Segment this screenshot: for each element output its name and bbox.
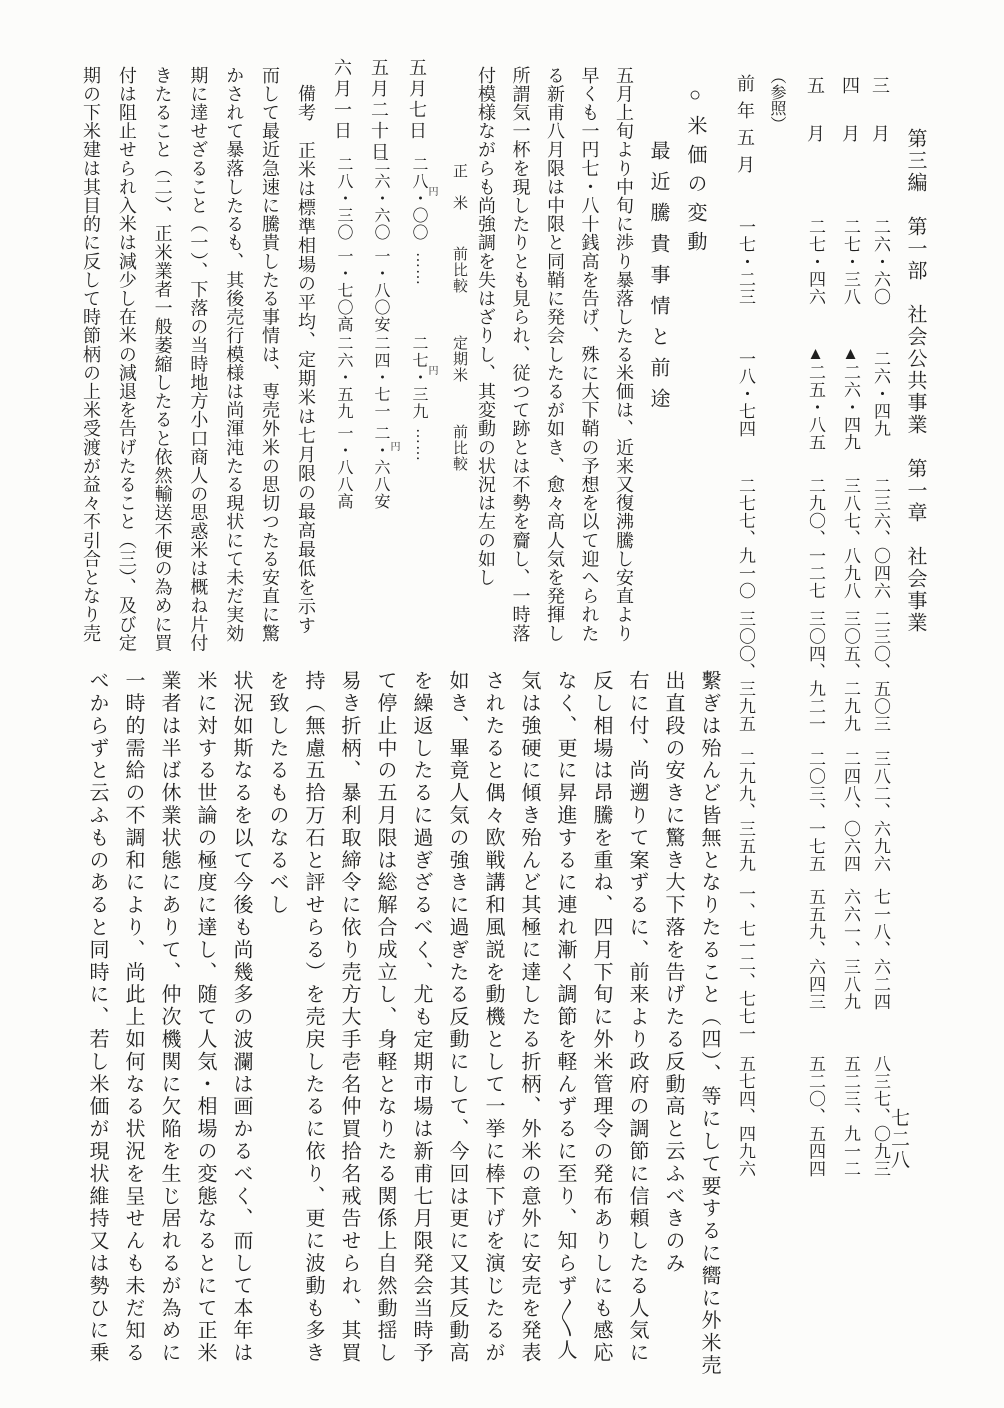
price-value: 二六・五九 [332,335,355,420]
stats-cell: 五二〇、五四四 [803,1055,828,1178]
price-value: 一・八八高 [332,425,355,510]
stats-cell: ▲二五・八五 [803,344,828,451]
stats-cell: 五二三、九一二 [838,1055,863,1178]
text-line: 一時的需給の不調和により、尚此上如何なる状況を呈せんも未だ知る [115,670,151,1382]
stats-row-label: 前年五月 [732,74,758,182]
price-date: 六月一日 [329,58,355,142]
text-line: 付模様ながらも尚強調を失はざりし、其変動の状況は左の如し [469,66,504,648]
text-line: 付は阻止せられ入米は減少し在米の減退を告げたること（三）、及び定 [108,66,144,648]
stats-cell: 二四八、〇六四 [838,750,863,873]
stats-row-label: 四 月 [837,76,863,148]
text-line: 米に対する世論の極度に達し、随て人気・相場の変態なるとにて正米 [187,670,223,1382]
text-line: 早くも一円七・八十銭高を告げ、殊に大下鞘の予想を以て迎へられた [572,66,607,648]
stats-row-label: 三 月 [867,76,893,148]
chapter-header: 第三編 第一部 社会公共事業 第一章 社会事業 [901,128,930,634]
stats-cell: 三〇五、二九九 [838,610,863,733]
price-value: 二八・〇〇 [407,156,430,241]
article-subtitle: 最近騰貴事情と前途 [644,140,673,419]
stats-cell: 一、七一二、七七一 [733,885,758,1043]
text-line: を致したるものなるべし [259,670,295,1382]
stats-cell: 二六・六〇 [868,218,893,306]
stats-cell: 三〇〇、三九五 [733,610,758,733]
price-value: 二八・三〇 [332,156,355,241]
price-date: 五月二十日 [366,58,392,163]
text-line: 期に達せざること（一）、下落の当時地方小口商人の思惑米は概ね片付 [180,66,216,648]
stats-row-march: 三 月 二六・六〇 二六・四九 二三六、〇四六 二三〇、五〇三 三八二、六九六 … [869,0,893,1408]
text-line: なく、更に昇進するに連れ漸く調節を軽んずるに至り、知らず〱人 [547,670,583,1382]
price-value: …… [412,428,430,462]
text-line: 如き、畢竟人気の強きに過ぎたる反動にして、今回は更に又其反動高 [439,670,475,1382]
price-value: …… [412,252,430,286]
scanned-book-page: 第三編 第一部 社会公共事業 第一章 社会事業 七二八 三 月 二六・六〇 二六… [0,0,1004,1408]
text-line: て停止中の五月限は総解合成立し、身軽となりたる関係上自然動揺し [367,670,403,1382]
text-line: 而して最近急速に騰貴したる事情は、専売外米の思切つたる安直に驚 [251,66,287,648]
text-line: 五月上旬より中旬に渉り暴落したる米価は、近来又復沸騰し安直より [607,66,642,648]
price-header: 正 米 [449,163,470,211]
yen-unit: 円 [386,441,401,451]
text-line: る新甫八月限は中限と同鞘に発会したるが如き、愈々高人気を発揮し [538,66,573,648]
price-header: 前比較 [449,424,470,472]
reference-note: （参照） [765,68,788,132]
text-line: かされて暴落したるも、其後売行模様は尚渾沌たる現状にて未だ実効 [215,66,251,648]
price-value: 二・六八安 [369,425,392,510]
stats-cell: 二七・四六 [803,218,828,306]
stats-cell: 八三七、〇九三 [868,1055,893,1178]
text-line: されたると偶々欧戦講和風説を動機として一挙に棒下げを演じたるが [475,670,511,1382]
price-value: 一・八〇安 [369,248,392,333]
stats-cell: 二九九、三五九 [733,750,758,873]
stats-row-april: 四 月 二七・三八 ▲二六・四九 三八七、八九八 三〇五、二九九 二四八、〇六四… [839,0,863,1408]
text-line: 反し相場は昂騰を重ね、四月下旬に外米管理令の発布ありしにも感応 [583,670,619,1382]
yen-unit: 円 [424,365,439,375]
stats-cell: 二七・三八 [838,218,863,306]
stats-cell: 三八二、六九六 [868,750,893,873]
price-header: 定期米 [449,335,470,383]
text-line: 業者は半ば休業状態にありて、仲次機関に欠陥を生じ居れるが為めに [151,670,187,1382]
text-line: 気は強硬に傾き殆んど其極に達したる折柄、外米の意外に安売を発表 [511,670,547,1382]
price-value: 二六・六〇 [369,156,392,241]
stats-cell: 五五九、六四三 [803,888,828,1011]
stats-cell: 一七・二三 [733,218,758,306]
stats-row-prev-may: 前年五月 一七・二三 一八・七四 二七七、九一〇 三〇〇、三九五 二九九、三五九… [734,0,758,1408]
price-value: 二七・三九 [407,335,430,420]
yen-unit: 円 [424,186,439,196]
stats-cell: 二七七、九一〇 [733,477,758,600]
stats-cell: 二三〇、五〇三 [868,610,893,733]
stats-cell: 二九〇、一二七 [803,477,828,600]
text-line: 右に付、尚遡りて案ずるに、前来より政府の調節に信頼したる人気に [619,670,655,1382]
text-line: 繫ぎは殆んど皆無となりたること（四）、等にして要するに嚮に外米売 [691,670,727,1382]
text-line: 持（無慮五拾万石と評せらる）を売戻したるに依り、更に波動も多き [295,670,331,1382]
text-line: べからずと云ふものあると同時に、若し米価が現状維持又は勢ひに乗 [79,670,115,1382]
stats-cell: 二六・四九 [868,350,893,438]
stats-cell: ▲二六・四九 [838,344,863,451]
stats-cell: 二三六、〇四六 [868,477,893,600]
price-value: 二四・七一 [369,335,392,420]
stats-row-may: 五 月 二七・四六 ▲二五・八五 二九〇、一二七 三〇四、九二一 二〇三、一七五… [804,0,828,1408]
price-header: 前比較 [449,246,470,294]
paragraph-1: 五月上旬より中旬に渉り暴落したる米価は、近来又復沸騰し安直より 早くも一円七・八… [469,66,642,648]
stats-cell: 六六一、三八九 [838,888,863,1011]
text-line: 易き折柄、暴利取締令に依り売方大手壱名仲買拾名戒告せられ、其買 [331,670,367,1382]
price-date: 五月七日 [404,58,430,142]
stats-cell: 三八七、八九八 [838,477,863,600]
text-line: 状況如斯なるを以て今後も尚幾多の波瀾は画かるべく、而して本年は [223,670,259,1382]
stats-cell: 一八・七四 [733,350,758,438]
text-line: を繰返したるに過ぎざるべく、尤も定期市場は新甫七月限発会当時予 [403,670,439,1382]
stats-row-label: 五 月 [802,76,828,148]
text-line: きたること（二）、正米業者一般萎縮したると依然輸送不便の為めに買 [144,66,180,648]
text-line: 出直段の安きに驚き大下落を告げたる反動高と云ふべきのみ [655,670,691,1382]
stats-cell: 五七四、四九六 [733,1055,758,1178]
text-line: 所謂気一杯を現したりとも見られ、従つて跡とは不勢を齎し、一時落 [503,66,538,648]
stats-cell: 三〇四、九二一 [803,610,828,733]
paragraph-2: 而して最近急速に騰貴したる事情は、専売外米の思切つたる安直に驚 かされて暴落した… [72,66,287,648]
text-line: 期の下米建は其目的に反して時節柄の上米受渡が益々不引合となり売 [72,66,108,648]
stats-cell: 七一八、六二四 [868,888,893,1011]
continuation-block: 繫ぎは殆んど皆無となりたること（四）、等にして要するに嚮に外米売 出直段の安きに… [79,670,727,1382]
article-title: ○米価の変動 [681,84,710,260]
price-value: 一・七〇高 [332,248,355,333]
stats-cell: 二〇三、一七五 [803,750,828,873]
remark-note: 備考 正米は標準相場の平均、定期米は七月限の最高最低を示す [293,84,319,635]
